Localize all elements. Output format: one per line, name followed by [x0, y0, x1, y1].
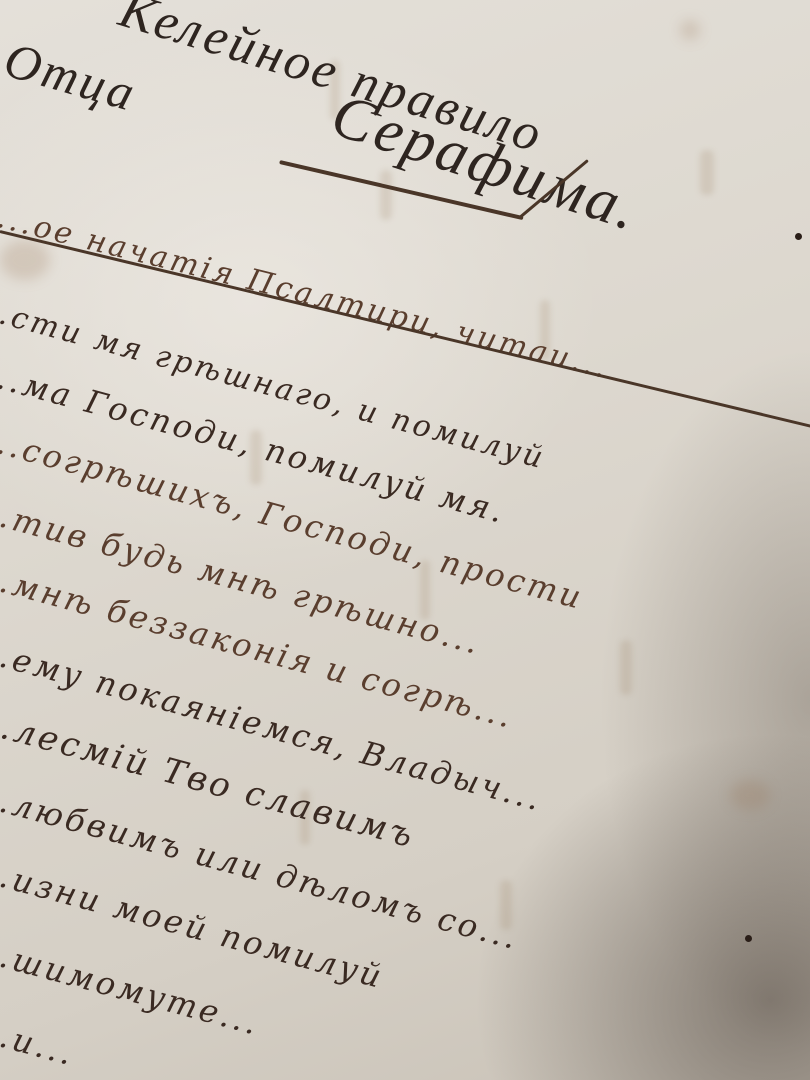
- manuscript-page: Келейное правило Отца Серафима. ...ое на…: [0, 0, 810, 1080]
- bleed-through-mark: [700, 150, 714, 195]
- ink-dot: [745, 935, 752, 942]
- body-line-text: ...и...: [0, 1010, 79, 1073]
- bleed-through-mark: [620, 640, 632, 695]
- bleed-through-mark: [380, 170, 392, 220]
- ink-dot: [795, 233, 802, 240]
- heading-line-2: Отца: [0, 30, 144, 123]
- heading-prefix: Отца: [0, 31, 143, 122]
- paper-stain: [730, 780, 770, 810]
- body-line: ...и...: [0, 1010, 79, 1073]
- paper-stain: [680, 20, 700, 40]
